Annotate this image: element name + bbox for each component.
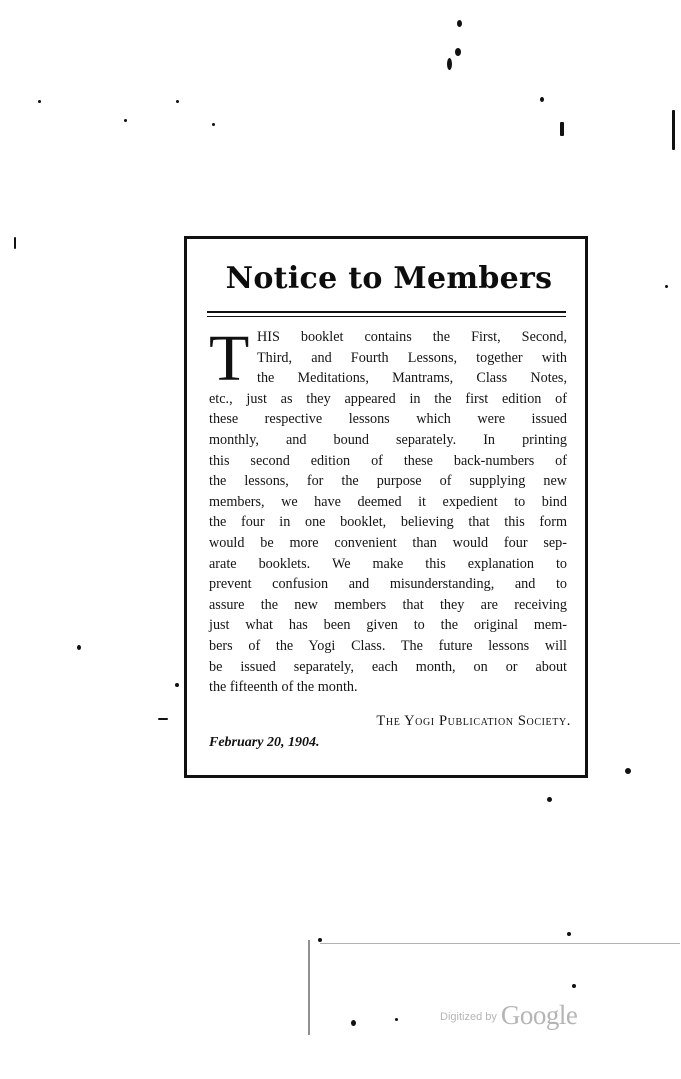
body-line: would be more convenient than would four… xyxy=(209,533,567,554)
drop-cap: T xyxy=(209,330,249,388)
body-line: Third, and Fourth Lessons, together with xyxy=(209,348,567,369)
notice-box: Notice to Members T HIS booklet contains… xyxy=(184,236,588,778)
body-line: etc., just as they appeared in the first… xyxy=(209,389,567,410)
body-line: members, we have deemed it expedient to … xyxy=(209,492,567,513)
body-line: the fifteenth of the month. xyxy=(209,677,567,698)
google-logo: Google xyxy=(501,1000,577,1030)
notice-title: Notice to Members xyxy=(209,261,569,296)
frame-line-left xyxy=(308,940,310,1035)
body-line: these respective lessons which were issu… xyxy=(209,409,567,430)
digitized-watermark: Digitized by Google xyxy=(440,1000,577,1031)
body-line: the four in one booklet, believing that … xyxy=(209,512,567,533)
watermark-prefix: Digitized by xyxy=(440,1011,497,1023)
title-rule-thin xyxy=(207,316,566,317)
frame-line-top xyxy=(320,943,680,944)
publisher-signature: The Yogi Publication Society. xyxy=(376,713,571,730)
body-line: the Meditations, Mantrams, Class Notes, xyxy=(209,368,567,389)
body-line: HIS booklet contains the First, Second, xyxy=(209,327,567,348)
body-line: the lessons, for the purpose of supplyin… xyxy=(209,471,567,492)
body-line: assure the new members that they are rec… xyxy=(209,595,567,616)
body-line: prevent confusion and misunderstanding, … xyxy=(209,574,567,595)
title-rule-thick xyxy=(207,311,566,313)
notice-date: February 20, 1904. xyxy=(209,735,319,751)
body-line: arate booklets. We make this explanation… xyxy=(209,554,567,575)
body-line: just what has been given to the original… xyxy=(209,615,567,636)
body-line: monthly, and bound separately. In printi… xyxy=(209,430,567,451)
body-line: be issued separately, each month, on or … xyxy=(209,657,567,678)
notice-body: T HIS booklet contains the First, Second… xyxy=(209,327,567,698)
body-line: this second edition of these back-number… xyxy=(209,451,567,472)
body-line: bers of the Yogi Class. The future lesso… xyxy=(209,636,567,657)
